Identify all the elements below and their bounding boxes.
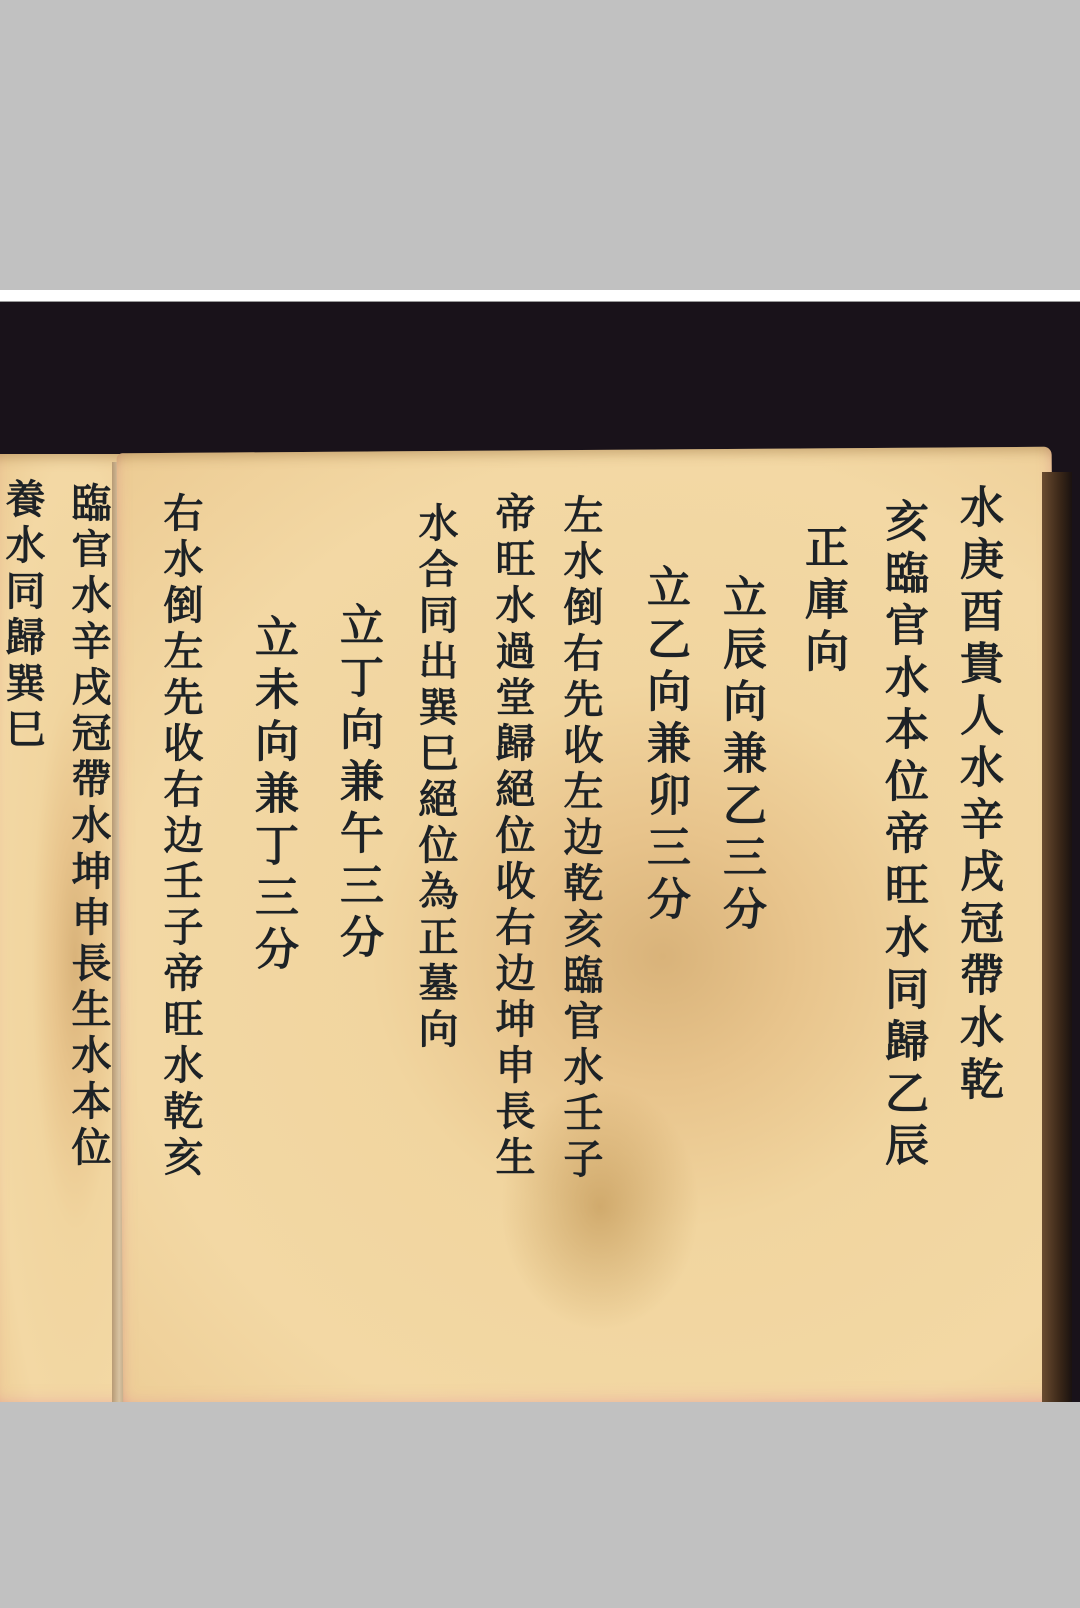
right-page-column-5: 立乙向兼卯三分 (642, 564, 686, 928)
right-page-column-9: 立丁向兼午三分 (335, 602, 379, 966)
right-page-column-2: 亥臨官水本位帝旺水同歸乙辰 (880, 498, 924, 1174)
right-page-column-6: 左水倒右先收左边乾亥臨官水壬子 (560, 494, 600, 1184)
top-gray-band (0, 0, 1080, 290)
page-edge (1042, 472, 1072, 1402)
right-page-column-8: 水合同出巽巳絕位為正墓向 (415, 502, 455, 1054)
right-page-column-3: 正庫向 (800, 524, 844, 680)
right-page-column-11: 右水倒左先收右边壬子帝旺水乾亥 (160, 492, 200, 1182)
right-page-column-1: 水庚酉貴人水辛戌冠帶水乾 (955, 484, 999, 1108)
left-page-column-1: 臨官水辛戌冠帶水坤申長生水本位 (68, 482, 108, 1172)
bottom-gray-band (0, 1402, 1080, 1608)
manuscript-photo: 臨官水辛戌冠帶水坤申長生水本位 養水同歸巽巳 水庚酉貴人水辛戌冠帶水乾 亥臨官水… (0, 302, 1080, 1402)
right-page-column-4: 立辰向兼乙三分 (718, 574, 762, 938)
right-page-column-7: 帝旺水過堂歸絕位收右边坤申長生 (492, 492, 532, 1182)
left-page-column-2: 養水同歸巽巳 (2, 478, 42, 754)
right-page-column-10: 立未向兼丁三分 (250, 614, 294, 978)
